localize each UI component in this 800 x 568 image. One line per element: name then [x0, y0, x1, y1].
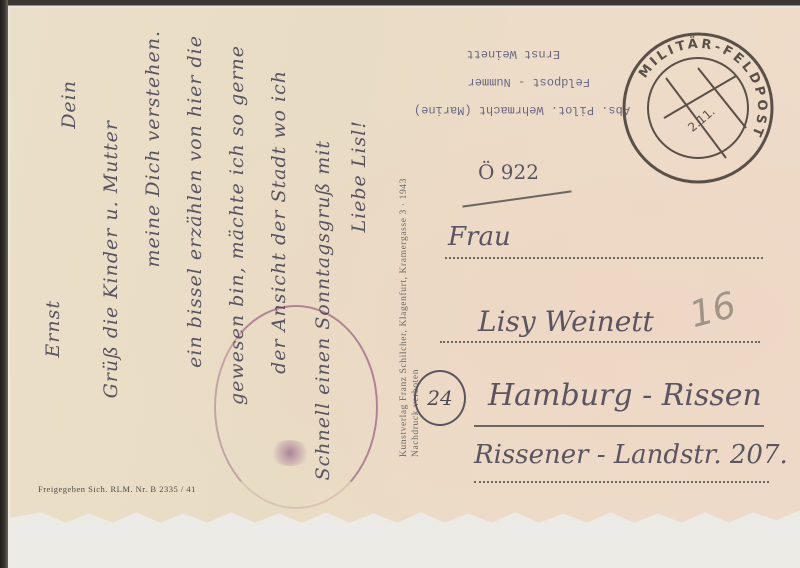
- address-name: Lisy Weinett: [478, 305, 654, 338]
- sender-stamp: Abs. Pilot. Wehrmacht (Marine) Feldpost …: [420, 5, 630, 125]
- publisher-imprint: Kunstverlag Franz Schilcher, Klagenfurt,…: [398, 178, 422, 457]
- address-salutation: Frau: [448, 222, 511, 252]
- censor-stamp: [214, 305, 378, 509]
- message-signature: Ernst: [42, 300, 64, 358]
- address-line: [440, 341, 760, 343]
- ink-blot: [268, 440, 312, 466]
- message-line: Dein: [58, 80, 80, 129]
- message-line: Grüß die Kinder u. Mutter: [100, 120, 122, 398]
- address-line: [474, 481, 769, 483]
- scanner-edge: [0, 0, 8, 568]
- postmark-icon: MILITÄR-FELDPOST 2.11.: [618, 28, 778, 188]
- address-city-underline: [474, 425, 764, 427]
- message-line: ein bissel erzählen von hier die: [184, 35, 206, 368]
- reference-number: Ö 922: [478, 160, 539, 184]
- address-line: [445, 257, 763, 259]
- address-city: Hamburg - Rissen: [488, 378, 762, 413]
- message-line: meine Dich verstehen.: [142, 30, 164, 268]
- message-line: Liebe Lisl!: [348, 120, 370, 233]
- censor-approval-note: Freigegeben Sich. RLM. Nr. B 2335 / 41: [38, 484, 196, 494]
- postal-district-circle: 24: [414, 370, 466, 426]
- address-street: Rissener - Landstr. 207.: [474, 440, 788, 470]
